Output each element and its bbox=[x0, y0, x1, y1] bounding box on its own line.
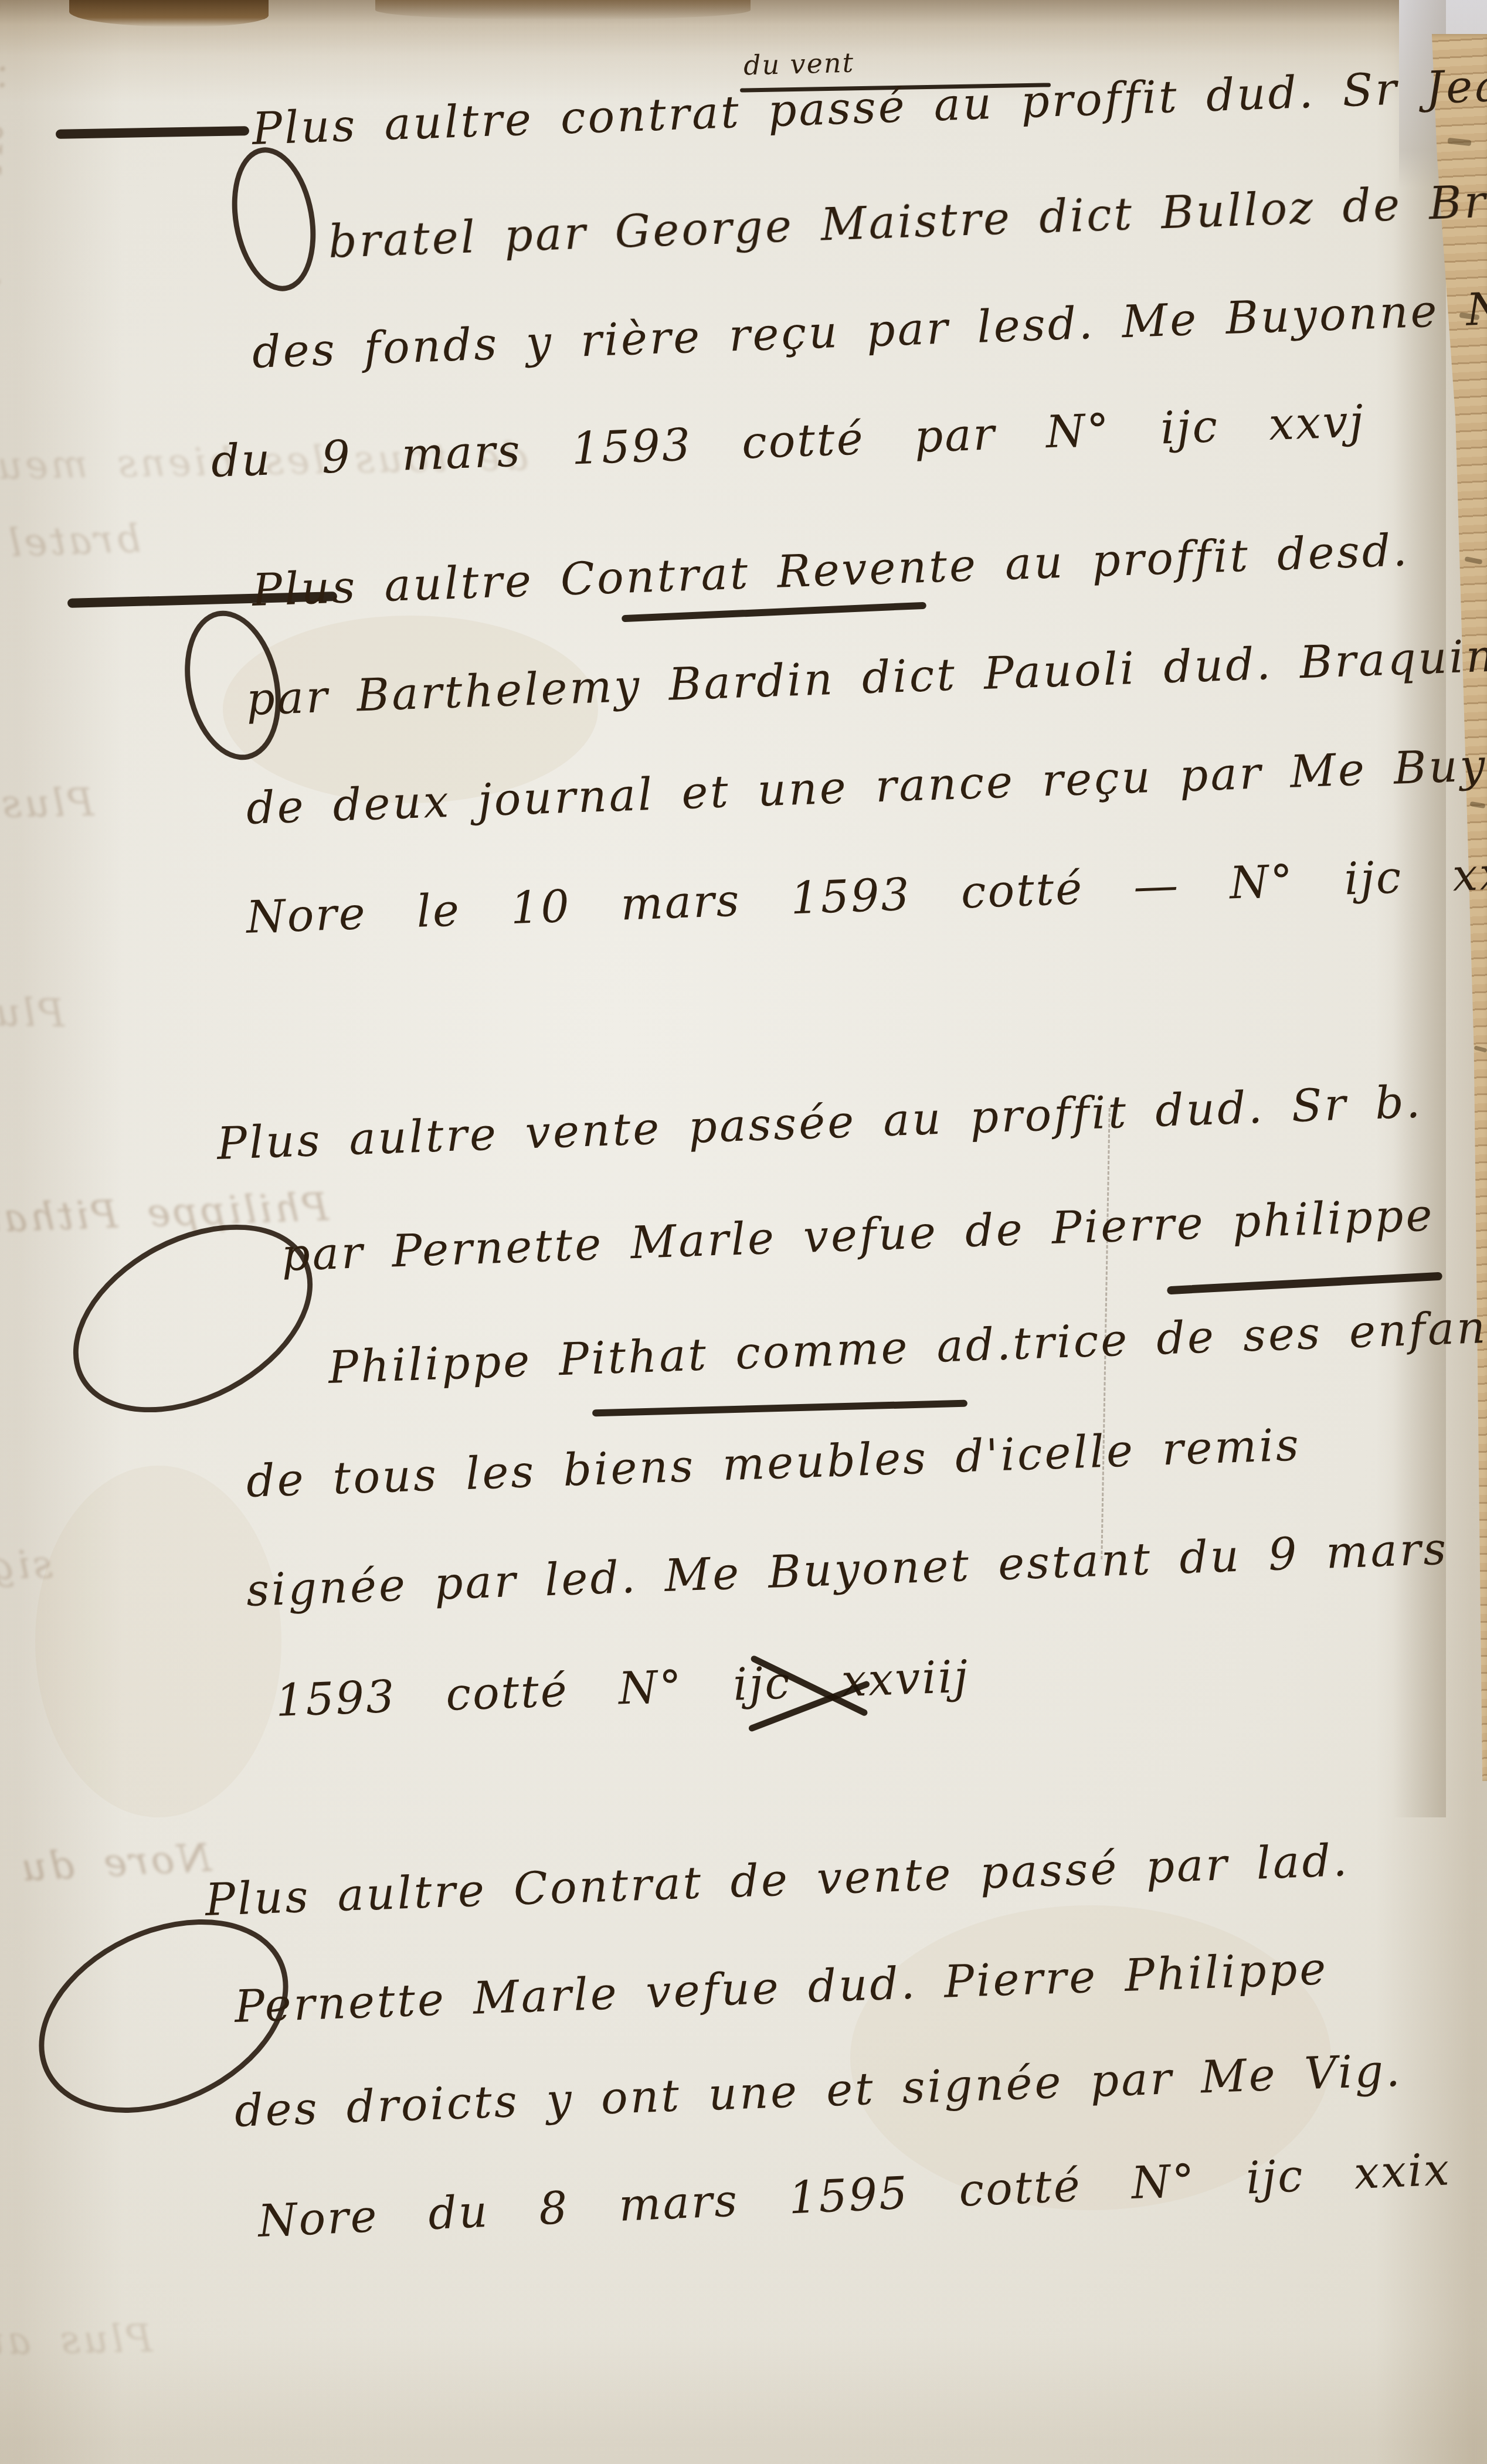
manuscript-line: du 9 mars 1593 cotté par N° ijc xxvj bbox=[210, 395, 1366, 487]
manuscript-line: bratel par George Maistre dict Bulloz de… bbox=[327, 169, 1487, 268]
manuscript-line: par Barthelemy Bardin dict Pauoli dud. B… bbox=[245, 627, 1487, 725]
manuscript-line: Plus aultre contrat passé au proffit dud… bbox=[251, 58, 1487, 155]
manuscript-line: Philippe Pithat comme ad.trice de ses en… bbox=[327, 1300, 1487, 1393]
manuscript-line: Nore du 8 mars 1595 cotté N° ijc xxix bbox=[257, 2143, 1452, 2247]
photo-frame: du 9 mars 1593 cotté par N° ijc xxvj par… bbox=[0, 0, 1487, 2464]
manuscript-text: du vent Plus aultre contrat passé au pro… bbox=[0, 0, 1487, 2464]
manuscript-line: de tous les biens meubles d'icelle remis bbox=[245, 1418, 1302, 1507]
initial-flourish bbox=[222, 141, 327, 298]
manuscript-line: des droicts y ont une et signée par Me V… bbox=[233, 2044, 1403, 2136]
manuscript-line: des fonds y rière reçu par lesd. Me Buyo… bbox=[251, 279, 1487, 378]
initial-flourish bbox=[41, 1186, 344, 1450]
manuscript-line: Plus aultre vente passée au proffit dud.… bbox=[216, 1075, 1423, 1170]
manuscript-line: Pernette Marle vefue dud. Pierre Philipp… bbox=[233, 1942, 1329, 2033]
cancellation-stroke bbox=[56, 126, 249, 139]
strikethrough-stroke bbox=[622, 602, 926, 623]
manuscript-line: signée par led. Me Buyonet estant du 9 m… bbox=[245, 1522, 1449, 1616]
manuscript-line: de deux journal et une rance reçu par Me… bbox=[245, 735, 1487, 834]
manuscript-line: Plus aultre Contrat Revente au proffit d… bbox=[251, 524, 1410, 616]
manuscript-line: par Pernette Marle vefue de Pierre phili… bbox=[280, 1188, 1435, 1281]
strikethrough-stroke bbox=[1167, 1272, 1442, 1295]
manuscript-line: Plus aultre Contrat de vente passé par l… bbox=[204, 1834, 1350, 1926]
interlinear-insertion: du vent bbox=[743, 47, 854, 81]
manuscript-line: Nore le 10 mars 1593 cotté — N° ijc xxvi… bbox=[245, 845, 1487, 943]
strikethrough-stroke bbox=[592, 1400, 967, 1417]
